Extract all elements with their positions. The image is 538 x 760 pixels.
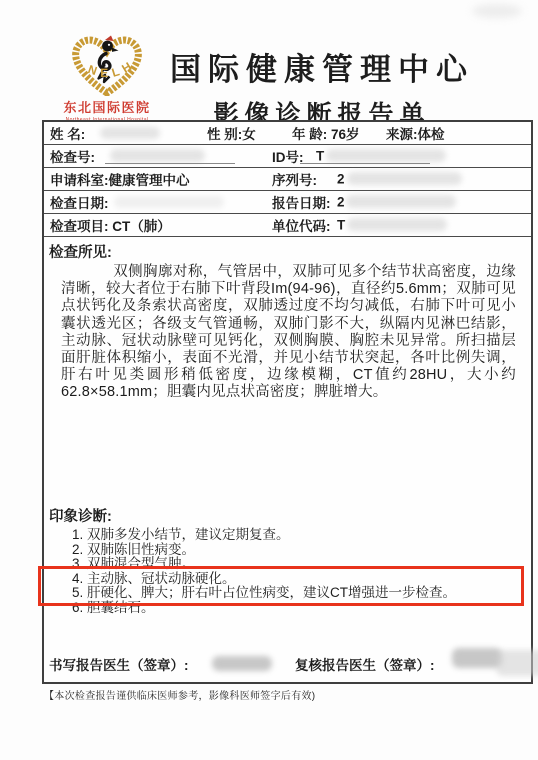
report-title-block: 国际健康管理中心 影像诊断报告单 [152, 44, 492, 131]
id-underline [300, 163, 430, 164]
impression-heading: 印象诊断: [44, 505, 531, 526]
report-date-prefix: 2 [337, 195, 345, 210]
report-date-label: 报告日期: [272, 192, 331, 212]
age-label: 年 龄: 76岁 [292, 123, 360, 143]
exam-date-redacted [114, 196, 224, 208]
exam-no-redacted [110, 149, 205, 162]
id-prefix: T [316, 149, 324, 164]
highlight-box [38, 566, 524, 606]
reviewer-signature-redacted [452, 648, 502, 668]
hospital-name-cn: 东北国际医院 [50, 97, 164, 116]
exam-no-label: 检查号: [50, 146, 95, 166]
exam-item-label: 检查项目: CT（肺） [50, 215, 171, 235]
footnote: 【本次检查报告谨供临床医师参考，影像科医师签字后有效) [44, 687, 315, 702]
bird-crest-icon [105, 36, 113, 42]
report-date-redacted [346, 195, 456, 208]
report-page: NELH 东北国际医院 Northeast International Hosp… [0, 0, 538, 760]
info-row-exam-no: 检查号: ID号: T [44, 145, 531, 168]
id-redacted [326, 149, 446, 162]
age-value: 76岁 [331, 127, 360, 142]
bird-head-icon [102, 41, 113, 52]
exam-no-underline [105, 163, 235, 164]
unit-code-prefix: T [337, 218, 345, 233]
exam-date-label: 检查日期: [50, 192, 109, 212]
impression-item: 1. 双肺多发小结节，建议定期复查。 [72, 528, 531, 543]
writer-signature-redacted [212, 656, 272, 671]
name-label: 姓 名: [50, 123, 85, 143]
info-row-dates: 检查日期: 报告日期: 2 [44, 191, 531, 214]
exam-item-value: CT（肺） [112, 219, 171, 234]
source-value: 体检 [418, 127, 445, 142]
writer-signature-label: 书写报告医生（签章）: [49, 654, 189, 674]
hospital-logo: NELH 东北国际医院 Northeast International Hosp… [50, 34, 164, 123]
name-redacted [100, 127, 160, 139]
impression-item: 2. 双肺陈旧性病变。 [72, 543, 531, 558]
reviewer-signature-redacted-2 [496, 650, 538, 676]
reviewer-signature-label: 复核报告医生（签章）: [295, 654, 435, 674]
signature-row: 书写报告医生（签章）: 复核报告医生（签章）: [44, 654, 531, 674]
center-title: 国际健康管理中心 [152, 44, 492, 89]
unit-code-redacted [347, 218, 447, 231]
report-frame: 姓 名: 性 别:女 年 龄: 76岁 来源:体检 检查号: ID号: T 申请… [42, 120, 533, 684]
serial-label: 序列号: [272, 169, 317, 189]
unit-code-label: 单位代码: [272, 215, 331, 235]
scan-artifact [472, 4, 522, 18]
serial-prefix: 2 [337, 172, 345, 187]
bird-beak-icon [112, 48, 119, 52]
findings-text: 双侧胸廓对称，气管居中，双肺可见多个结节状高密度，边缘清晰，较大者位于右肺下叶背… [61, 264, 516, 402]
id-label: ID号: [272, 146, 304, 166]
dept-value: 健康管理中心 [109, 173, 190, 188]
bird-eye-icon [108, 44, 110, 46]
info-row-department: 申请科室:健康管理中心 序列号: 2 [44, 168, 531, 191]
dept-label: 申请科室:健康管理中心 [50, 169, 190, 189]
source-label: 来源:体检 [386, 123, 445, 143]
info-row-exam-item: 检查项目: CT（肺） 单位代码: T [44, 214, 531, 237]
gender-value: 女 [242, 127, 256, 142]
findings-heading: 检查所见: [44, 237, 531, 262]
logo-emblem-icon: NELH [64, 34, 150, 96]
gender-label: 性 别:女 [207, 123, 256, 143]
info-row-patient: 姓 名: 性 别:女 年 龄: 76岁 来源:体检 [44, 122, 531, 145]
report-body: 检查所见: 双侧胸廓对称，气管居中，双肺可见多个结节状高密度，边缘清晰，较大者位… [44, 237, 531, 679]
serial-redacted [347, 172, 462, 185]
